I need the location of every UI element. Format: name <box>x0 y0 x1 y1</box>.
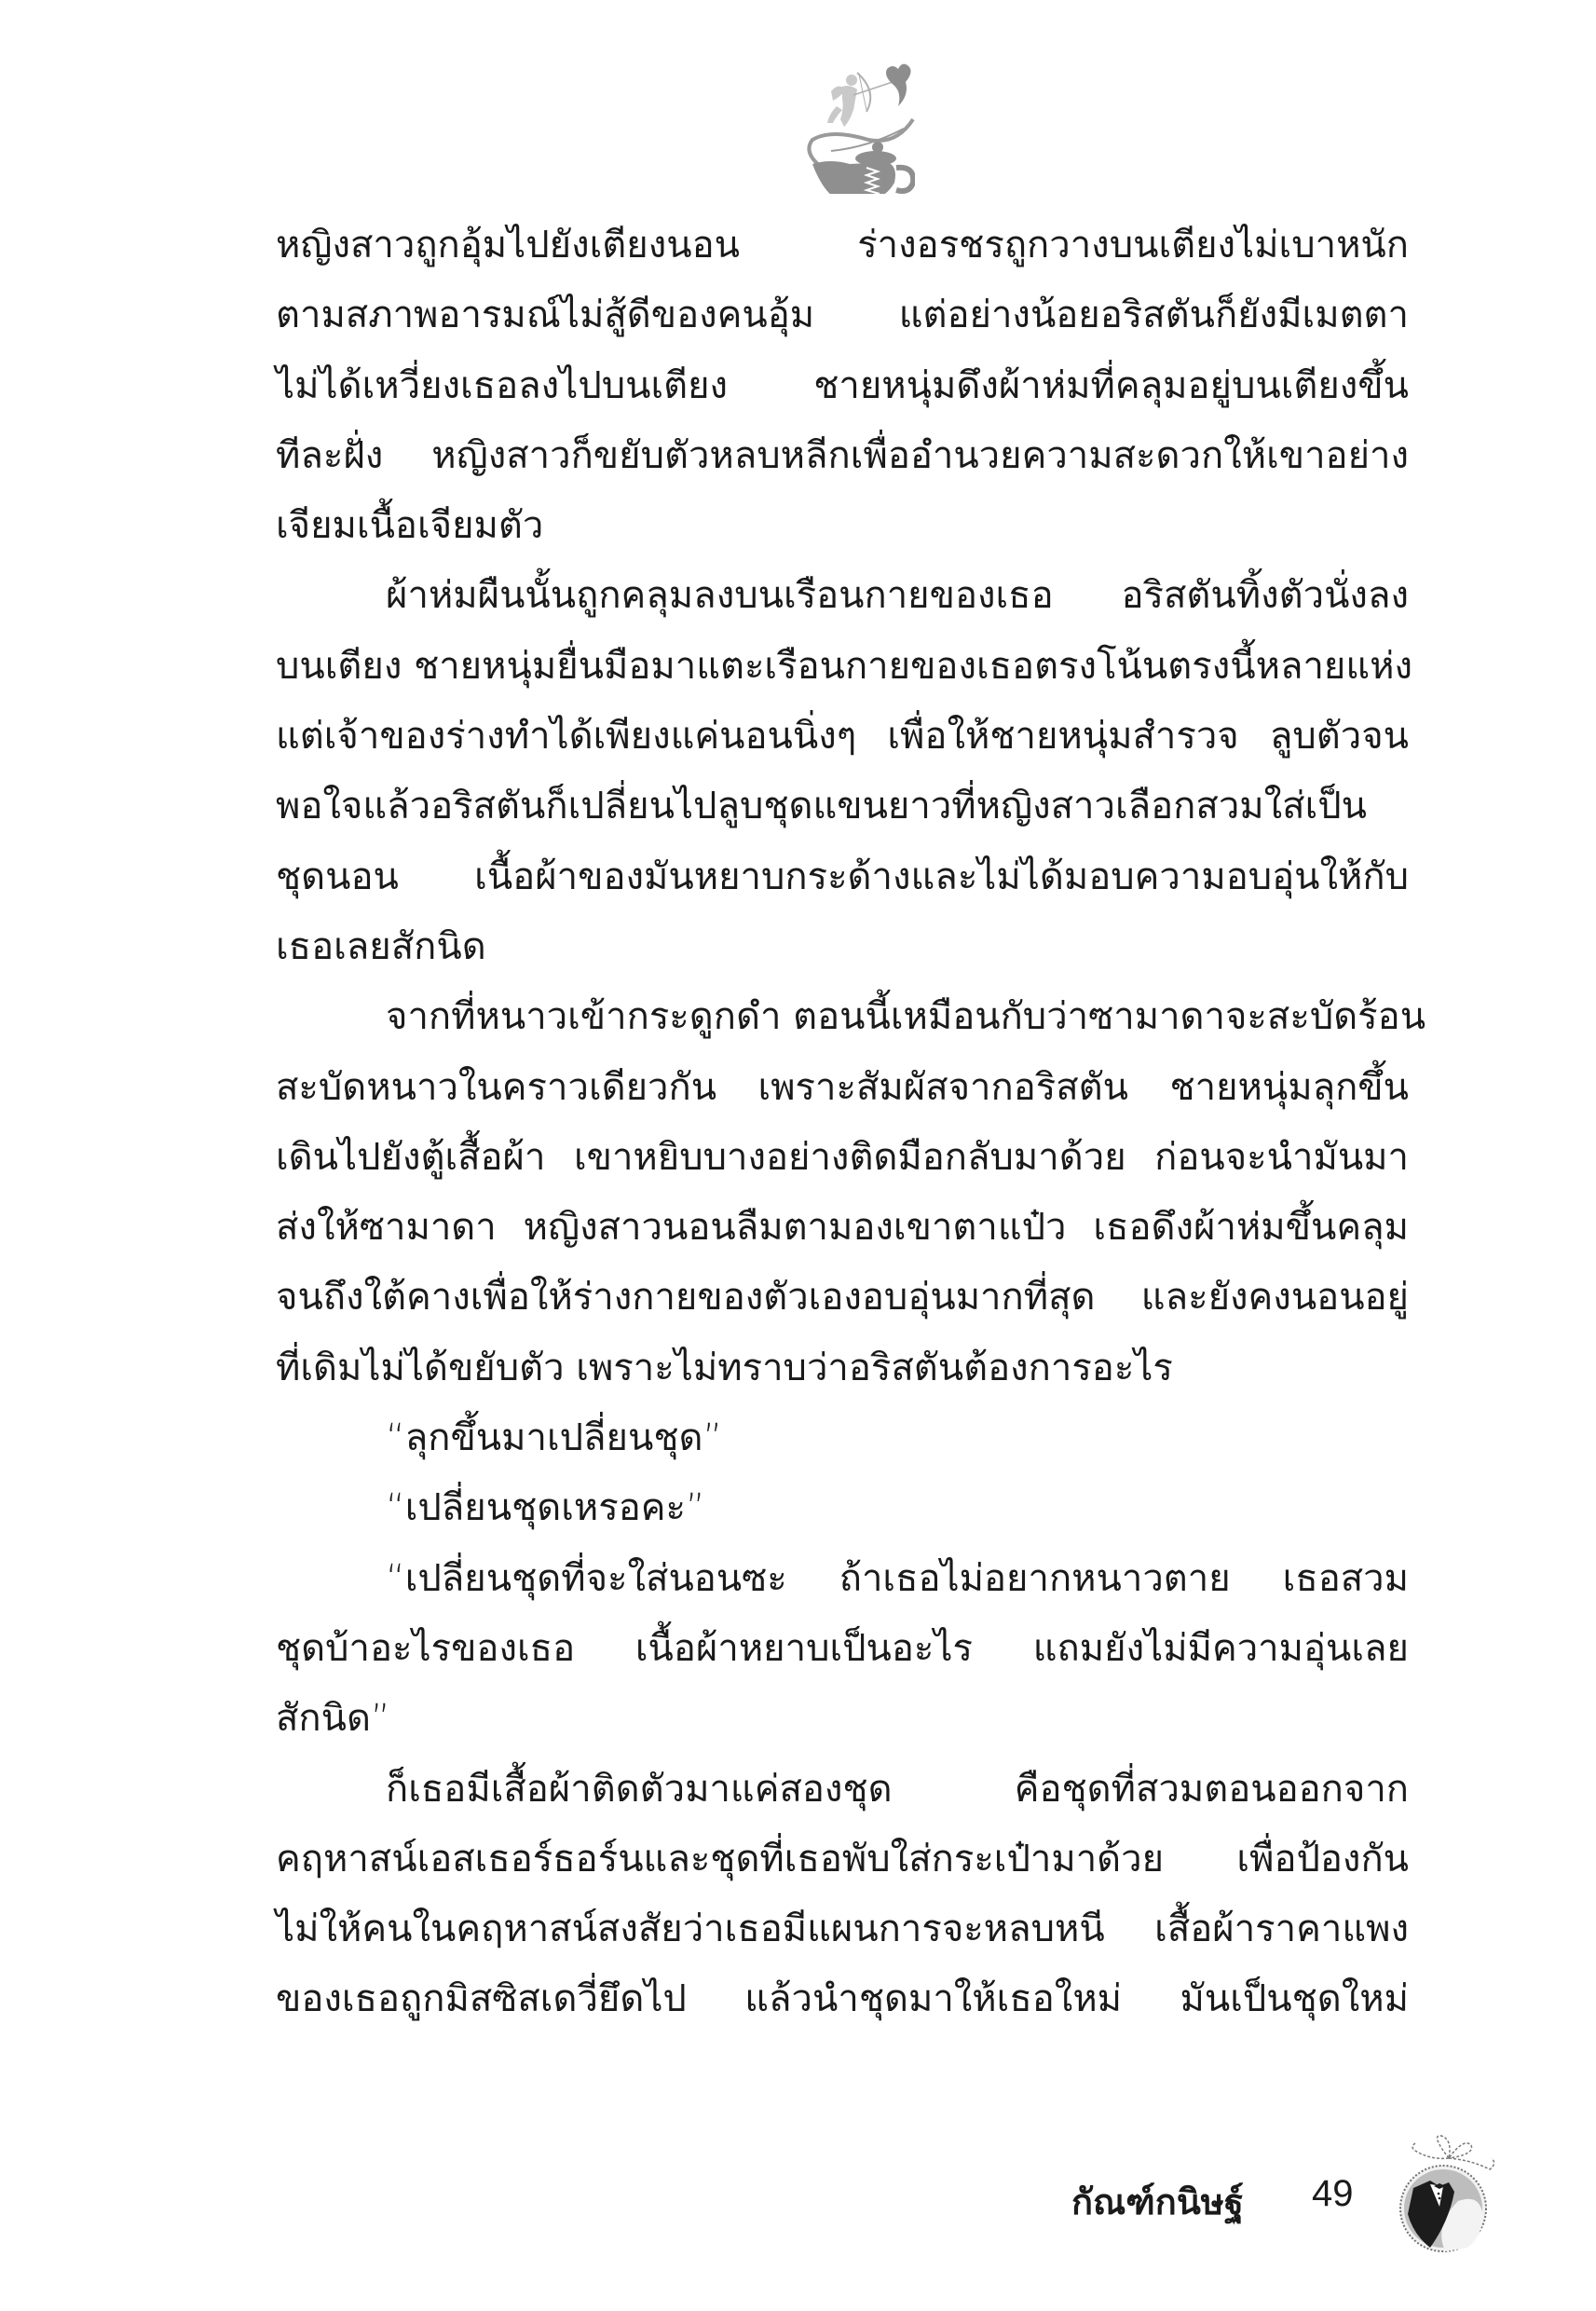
text-line: จนถึงใต้คางเพื่อให้ร่างกายของตัวเองอบอุ่… <box>276 1263 1409 1333</box>
text-line: “เปลี่ยนชุดที่จะใส่นอนซะ ถ้าเธอไม่อยากหน… <box>276 1544 1409 1614</box>
text-line: หญิงสาวถูกอุ้มไปยังเตียงนอน ร่างอรชรถูกว… <box>276 211 1409 280</box>
text-line: ตามสภาพอารมณ์ไม่สู้ดีของคนอุ้ม แต่อย่างน… <box>276 280 1409 350</box>
text-line: คฤหาสน์เอสเธอร์ธอร์นและชุดที่เธอพับใส่กร… <box>276 1825 1409 1894</box>
text-line: ที่เดิมไม่ได้ขยับตัว เพราะไม่ทราบว่าอริส… <box>276 1333 1409 1403</box>
page-number: 49 <box>1312 2173 1354 2215</box>
text-line: จากที่หนาวเข้ากระดูกดำ ตอนนี้เหมือนกับว่… <box>276 982 1409 1052</box>
text-line: เจียมเนื้อเจียมตัว <box>276 491 1409 561</box>
text-line: ชุดบ้าอะไรของเธอ เนื้อผ้าหยาบเป็นอะไร แถ… <box>276 1614 1409 1684</box>
text-line: ทีละฝั่ง หญิงสาวก็ขยับตัวหลบหลีกเพื่ออำน… <box>276 421 1409 491</box>
text-line: เดินไปยังตู้เสื้อผ้า เขาหยิบบางอย่างติดม… <box>276 1123 1409 1193</box>
page-body-text: หญิงสาวถูกอุ้มไปยังเตียงนอน ร่างอรชรถูกว… <box>276 211 1409 2035</box>
text-line: ผ้าห่มผืนนั้นถูกคลุมลงบนเรือนกายของเธอ อ… <box>276 561 1409 631</box>
text-line: บนเตียง ชายหนุ่มยื่นมือมาแตะเรือนกายของเ… <box>276 632 1409 702</box>
book-title: กัณฑ์กนิษฐ์ <box>1071 2173 1244 2230</box>
text-line: สักนิด” <box>276 1684 1409 1754</box>
text-line: แต่เจ้าของร่างทำได้เพียงแค่นอนนิ่งๆ เพื่… <box>276 702 1409 772</box>
text-line: สะบัดหนาวในคราวเดียวกัน เพราะสัมผัสจากอร… <box>276 1053 1409 1123</box>
text-line: ส่งให้ซามาดา หญิงสาวนอนลืมตามองเขาตาแป๋ว… <box>276 1193 1409 1263</box>
text-line: “เปลี่ยนชุดเหรอคะ” <box>276 1473 1409 1543</box>
text-line: ชุดนอน เนื้อผ้าของมันหยาบกระด้างและไม่ได… <box>276 842 1409 912</box>
text-line: ก็เธอมีเสื้อผ้าติดตัวมาแค่สองชุด คือชุดท… <box>276 1755 1409 1825</box>
text-line: “ลุกขึ้นมาเปลี่ยนชุด” <box>276 1403 1409 1473</box>
page-footer: กัณฑ์กนิษฐ์ 49 <box>0 2160 1596 2290</box>
text-line: เธอเลยสักนิด <box>276 912 1409 982</box>
text-line: ไม่ได้เหวี่ยงเธอลงไปบนเตียง ชายหนุ่มดึงผ… <box>276 351 1409 421</box>
genie-lamp-cupid-icon <box>775 54 915 194</box>
text-line: ไม่ให้คนในคฤหาสน์สงสัยว่าเธอมีแผนการจะหล… <box>276 1894 1409 1964</box>
text-line: ของเธอถูกมิสซิสเดวี่ยึดไป แล้วนำชุดมาให้… <box>276 1964 1409 2034</box>
bride-groom-medallion-icon <box>1393 2132 1505 2253</box>
text-line: พอใจแล้วอริสตันก็เปลี่ยนไปลูบชุดแขนยาวที… <box>276 772 1409 841</box>
